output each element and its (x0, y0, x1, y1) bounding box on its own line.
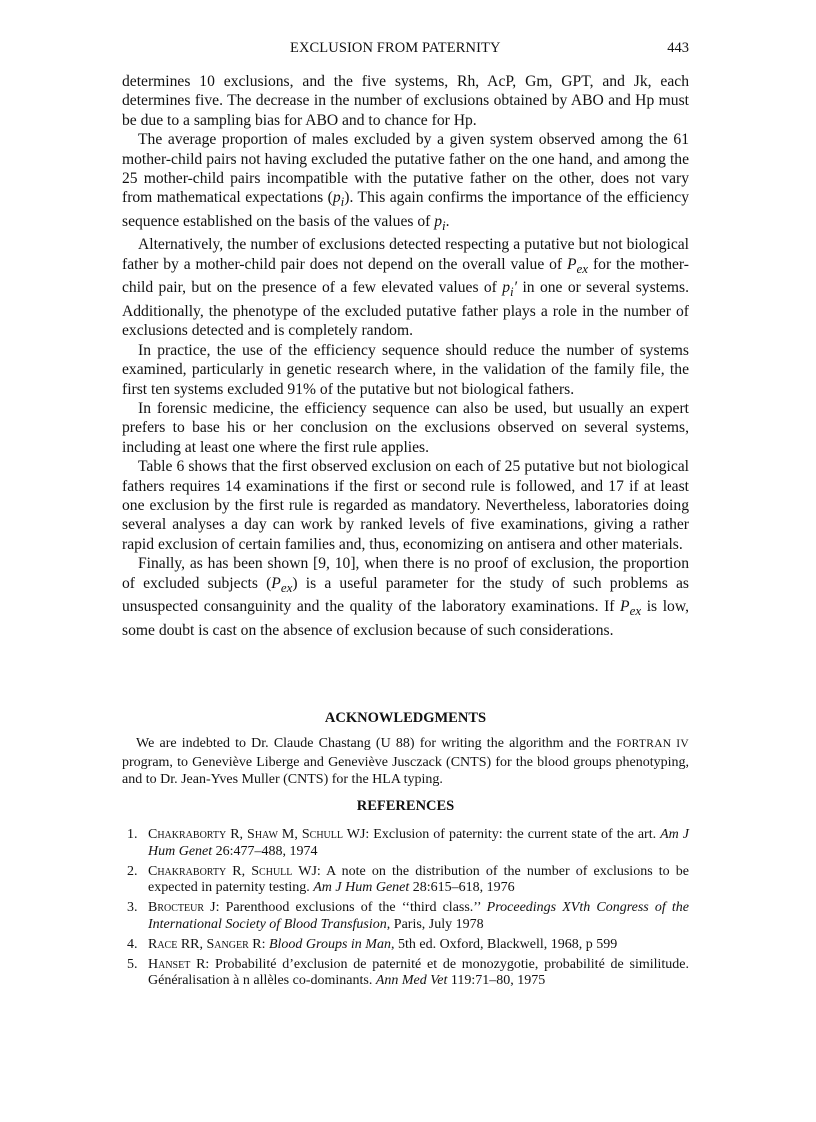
body-text: determines 10 exclusions, and the five s… (122, 72, 689, 640)
p-i-symbol: pi (434, 213, 445, 230)
reference-item: 5.Hanset R: Probabilité d’exclusion de p… (122, 957, 689, 991)
reference-item: 3.Brocteur J: Parenthood exclusions of t… (122, 900, 689, 934)
p-i-prime-symbol: pi′ (502, 279, 517, 296)
acknowledgments-heading: ACKNOWLEDGMENTS (122, 710, 689, 727)
references-heading: REFERENCES (122, 798, 689, 815)
acknowledgments-text: We are indebted to Dr. Claude Chastang (… (122, 735, 689, 789)
p-ex-symbol: Pex (271, 575, 292, 592)
paragraph-1: determines 10 exclusions, and the five s… (122, 72, 689, 130)
paragraph-7: Finally, as has been shown [9, 10], when… (122, 554, 689, 640)
paragraph-3: Alternatively, the number of exclusions … (122, 235, 689, 340)
paragraph-2: The average proportion of males excluded… (122, 130, 689, 235)
paragraph-5: In forensic medicine, the efficiency seq… (122, 399, 689, 457)
reference-item: 2.Chakraborty R, Schull WJ: A note on th… (122, 864, 689, 898)
page-number: 443 (667, 40, 689, 57)
p-ex-symbol: Pex (620, 598, 641, 615)
acknowledgments-section: ACKNOWLEDGMENTS We are indebted to Dr. C… (122, 710, 689, 789)
paragraph-4: In practice, the use of the efficiency s… (122, 341, 689, 399)
running-head: EXCLUSION FROM PATERNITY 443 (122, 40, 689, 60)
paragraph-6: Table 6 shows that the first observed ex… (122, 457, 689, 554)
reference-list: 1.Chakraborty R, Shaw M, Schull WJ: Excl… (122, 827, 689, 990)
p-i-symbol: pi (333, 189, 344, 206)
running-title: EXCLUSION FROM PATERNITY (290, 40, 501, 57)
p-ex-symbol: Pex (567, 256, 588, 273)
references-section: REFERENCES 1.Chakraborty R, Shaw M, Schu… (122, 798, 689, 993)
reference-item: 4.Race RR, Sanger R: Blood Groups in Man… (122, 937, 689, 954)
reference-item: 1.Chakraborty R, Shaw M, Schull WJ: Excl… (122, 827, 689, 861)
